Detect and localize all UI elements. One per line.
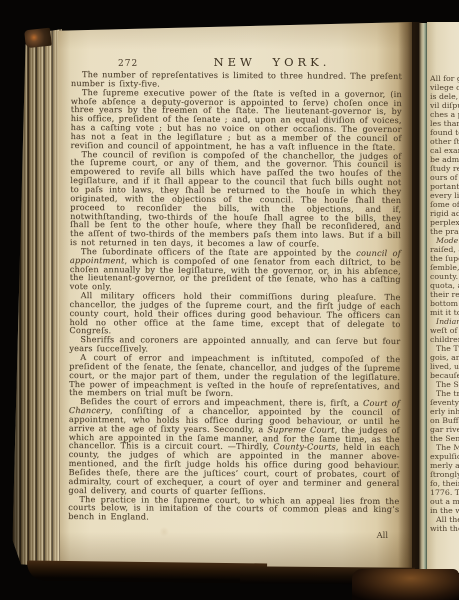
book-photograph: 272 NEW YORK. The number of repreſentati… xyxy=(0,0,459,600)
facing-text-fragment: ches a plenti xyxy=(430,110,459,119)
page-edges-fore-edge xyxy=(12,28,62,568)
facing-text-fragment: weſt of Fort xyxy=(430,326,459,335)
paragraph: The practice in the ſupreme court, to wh… xyxy=(68,494,399,523)
facing-text-fragment: fo, their e xyxy=(430,479,459,488)
facing-text-fragment: in the winte xyxy=(430,506,459,515)
facing-text-fragment: portant ſcien xyxy=(430,182,459,191)
facing-text-fragment: les than two xyxy=(430,119,459,128)
facing-text-fragment: ſtrongly att xyxy=(430,470,459,479)
facing-text-fragment: erly inh xyxy=(430,407,459,416)
facing-text-fragment: other ſtates. xyxy=(430,137,459,146)
facing-text-fragment: out a mile xyxy=(430,497,459,506)
facing-text-fragment: The Sa xyxy=(430,380,459,389)
facing-text-fragment: be admitted xyxy=(430,155,459,164)
book-bottom-edge-left xyxy=(27,561,267,584)
facing-text-fragment: The Mo xyxy=(430,443,459,452)
facing-text-fragment: The Tuſca xyxy=(430,344,459,353)
page-number: 272 xyxy=(118,59,138,69)
facing-text-fragment: the Seneca xyxy=(430,434,459,443)
facing-text-fragment: vilege of think xyxy=(430,83,459,92)
facing-text-fragment: lived, upon xyxy=(430,362,459,371)
facing-text-fragment: ſemble, and xyxy=(430,263,459,272)
paragraph: The ſubordinate officers of the ſtate ar… xyxy=(70,247,401,293)
facing-text-fragment: cal examinati xyxy=(430,146,459,155)
facing-text-fragment: raiſed, and xyxy=(430,245,459,254)
facing-text-fragment: becauſe th xyxy=(430,371,459,380)
paragraph: All military officers hold their commiſſ… xyxy=(69,291,400,337)
facing-text-fragment: county. Th xyxy=(430,272,459,281)
binding-bottom-right xyxy=(352,569,459,600)
facing-text-fragment: ſome of her xyxy=(430,200,459,209)
facing-text-fragment: on Buffaloe xyxy=(430,416,459,425)
right-page-sliver: All for gevilege of thinkis dele, and qv… xyxy=(427,22,459,573)
facing-text-fragment: their real an xyxy=(430,290,459,299)
facing-text-fragment: children. xyxy=(430,335,459,344)
facing-text-fragment: 1776. Th xyxy=(430,488,459,497)
facing-text-fragment: with the Bri xyxy=(430,524,459,533)
left-page: 272 NEW YORK. The number of repreſentati… xyxy=(58,22,412,570)
facing-text-fragment: All the o xyxy=(430,515,459,524)
facing-text-fragment: the ſupervi xyxy=(430,254,459,263)
facing-text-fragment: ſtudy requi xyxy=(430,164,459,173)
facing-text-fragment: mit it to th xyxy=(430,308,459,317)
catchword: All xyxy=(377,530,388,540)
facing-text-fragment: perplexed t xyxy=(430,218,459,227)
facing-text-fragment: gois, and w xyxy=(430,353,459,362)
cover-corner xyxy=(24,28,52,49)
facing-text-fragment: vil diſputes t xyxy=(430,101,459,110)
facing-text-fragment: quota, amon xyxy=(430,281,459,290)
facing-text-fragment: gar river, xyxy=(430,425,459,434)
facing-text-fragment: the practice xyxy=(430,227,459,236)
paragraph: The council of reviſion is compoſed of t… xyxy=(70,150,402,249)
running-head: NEW YORK. xyxy=(172,55,372,69)
facing-text-fragment: bottom of the xyxy=(430,299,459,308)
facing-text-fragment: Mode of r xyxy=(430,236,459,245)
paragraph: Beſides the court of errors and impeachm… xyxy=(68,397,400,496)
facing-text-fragment: every liberal xyxy=(430,191,459,200)
facing-text-fragment: rigid adhe xyxy=(430,209,459,218)
facing-text-fragment: found to the xyxy=(430,128,459,137)
facing-page-edge xyxy=(419,23,427,574)
paragraph: A court of error and impeachment is inſt… xyxy=(69,353,400,399)
facing-text-fragment: ſeventy fiv xyxy=(430,398,459,407)
facing-text-fragment: ours of the xyxy=(430,173,459,182)
facing-text-fragment: is dele, and q xyxy=(430,92,459,101)
facing-text-fragment: expulſion, xyxy=(430,452,459,461)
facing-text-fragment: Indians.] xyxy=(430,317,459,326)
facing-text-fragment: merly a pow xyxy=(430,461,459,470)
paragraph: The ſupreme executive power of the ſtate… xyxy=(71,88,402,152)
page-text-block: The number of repreſentatives is limited… xyxy=(68,70,402,523)
facing-text-fragment: All for ge xyxy=(430,74,459,83)
facing-text-fragment: The tribe xyxy=(430,389,459,398)
facing-page-text: All for gevilege of thinkis dele, and qv… xyxy=(430,74,459,533)
